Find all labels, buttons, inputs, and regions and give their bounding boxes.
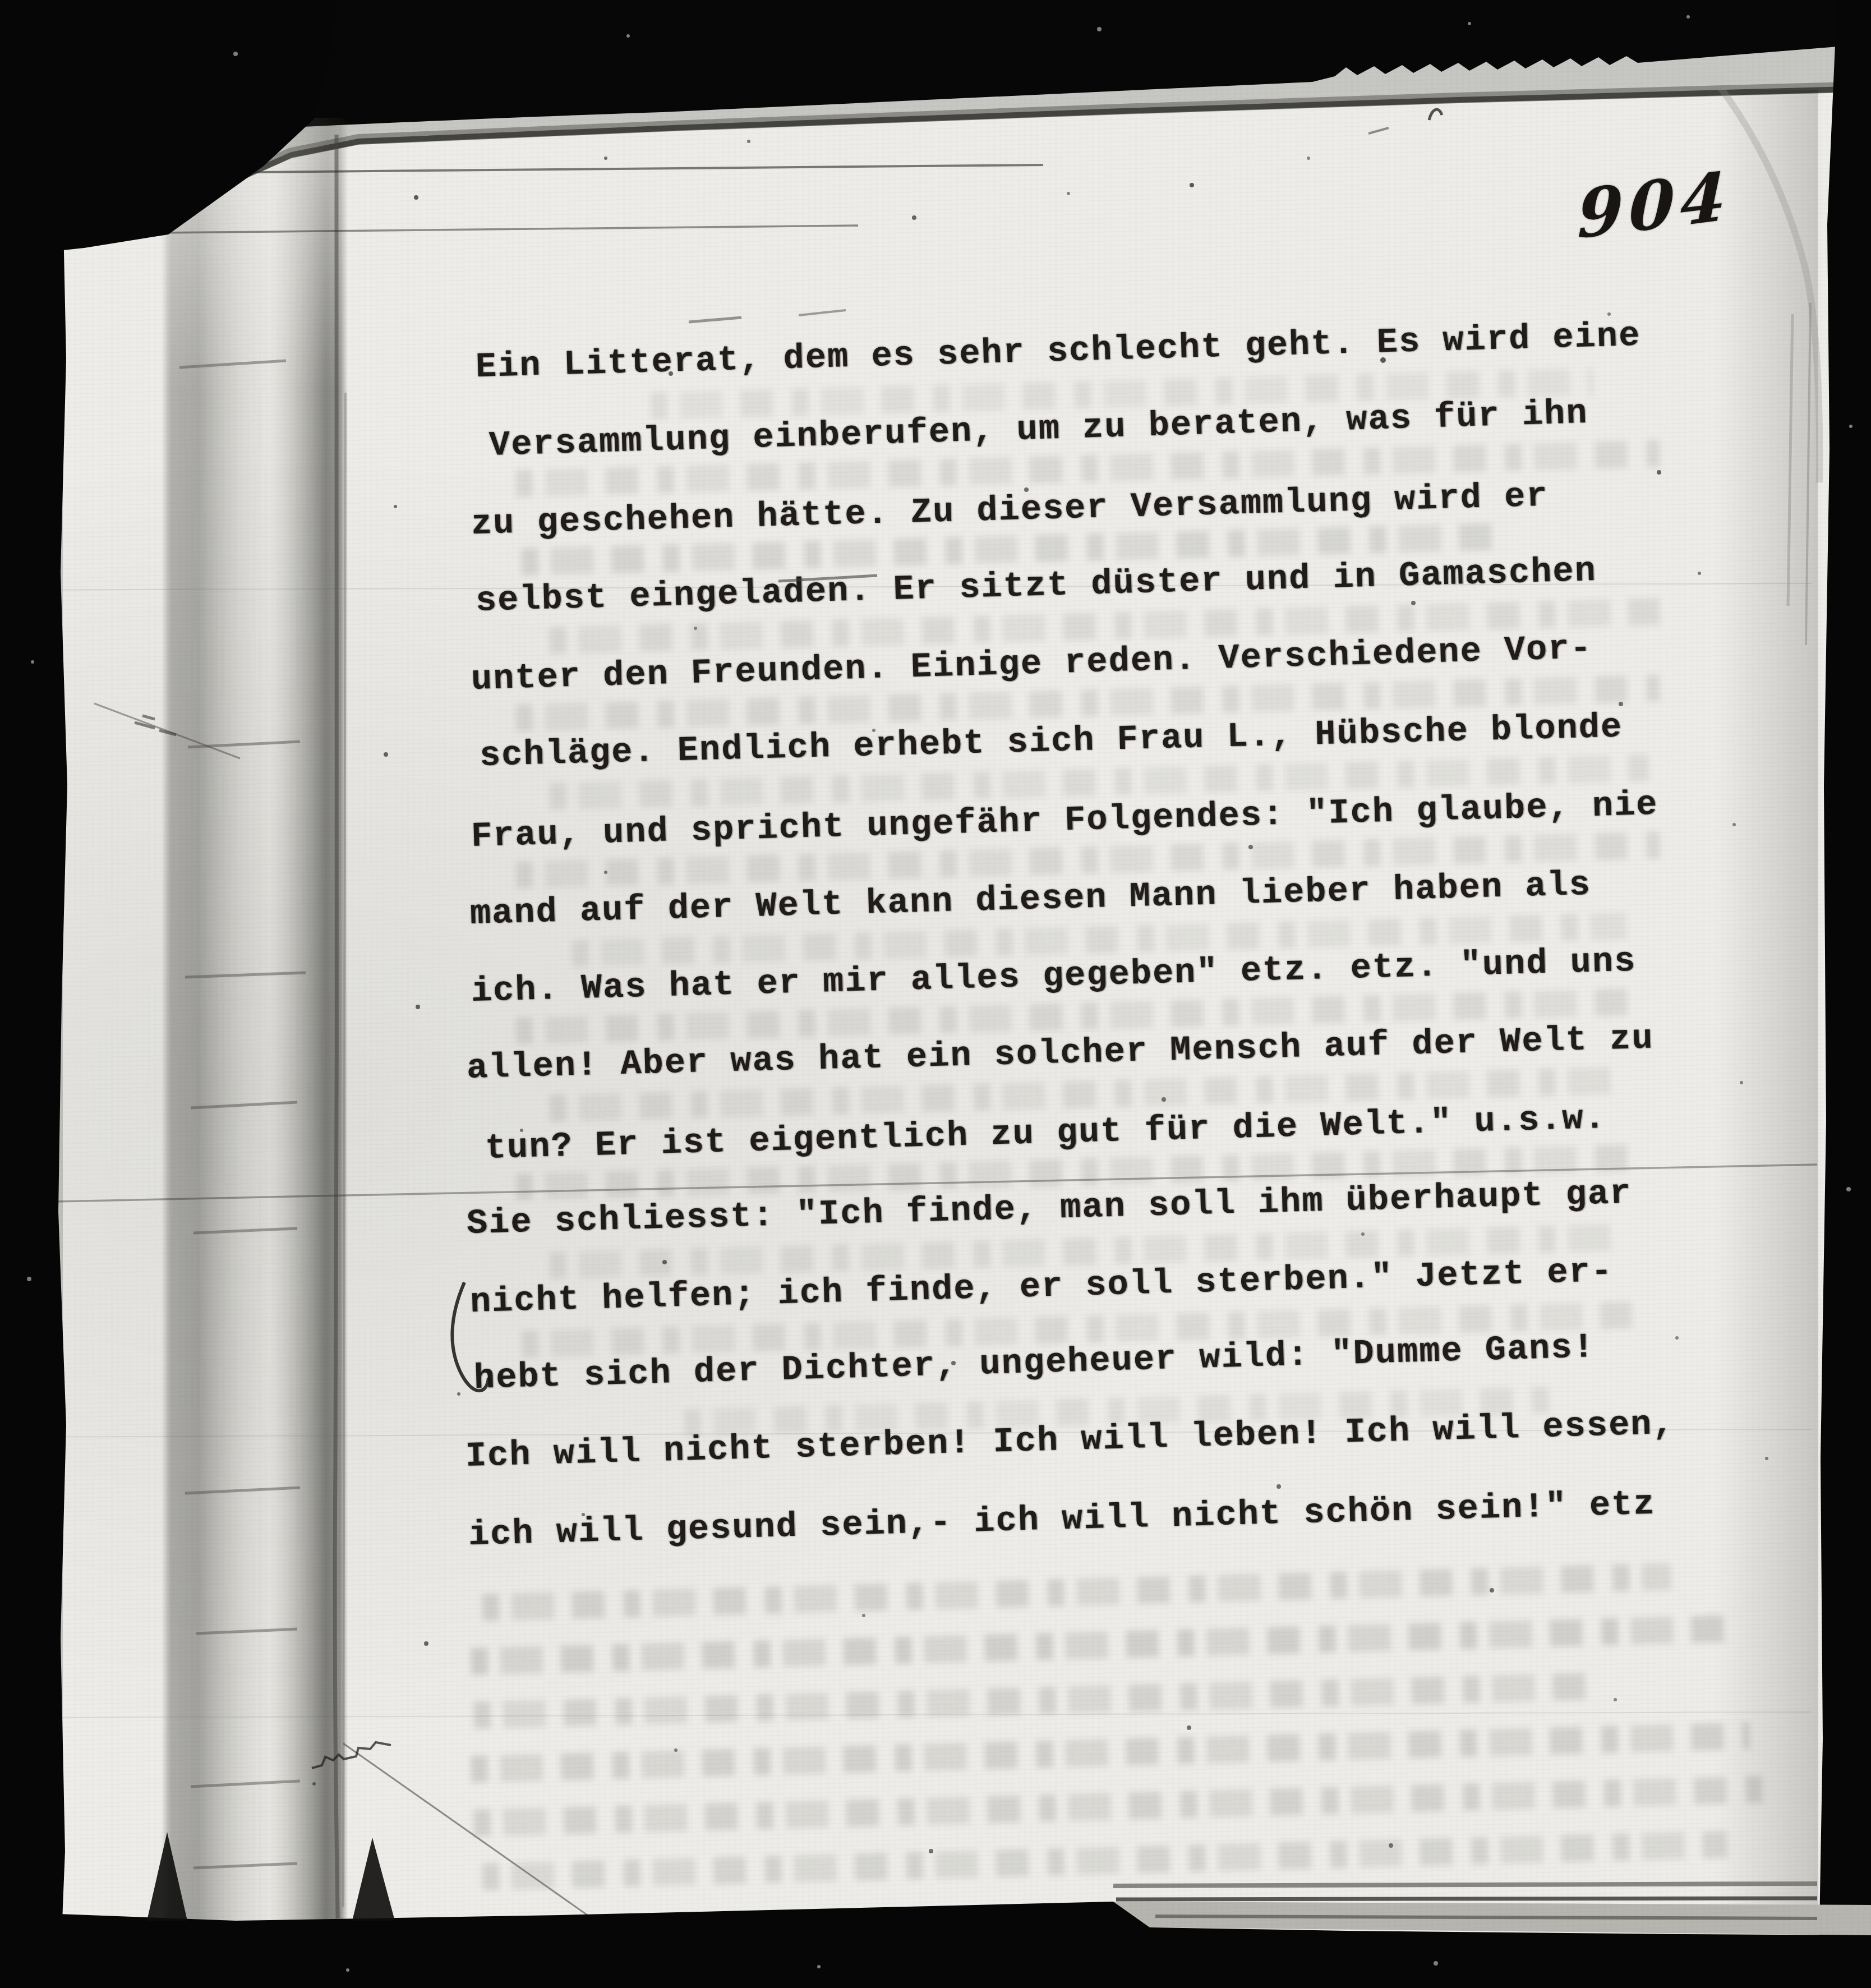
ghost-text-line [482,1563,1671,1621]
right-black-border [1818,0,1871,1988]
pen-tick-top-right [1429,109,1442,120]
crease-scribble [135,716,176,735]
scanned-document-photo: Ein Litterat, dem es sehr schlecht geht.… [0,0,1871,1988]
smudge-dash [799,310,846,315]
ghost-text-line [471,1722,1749,1783]
top-left-black-wedge [0,0,337,257]
ghost-text-line [473,1776,1763,1837]
fold-edge-line-2 [343,393,345,1907]
bottom-shadow-spike-1 [147,1832,187,1921]
corner-curl-shadow [1720,86,1819,482]
stack-edge-line-right-2 [1806,303,1810,645]
pen-scribble-bottom-left [312,1742,391,1768]
left-crease-shadow [162,118,348,1930]
ghost-text-line [482,1831,1727,1890]
ghost-text-line [471,1615,1738,1675]
left-black-border [0,0,67,1988]
handwritten-page-number: 904 [1577,156,1732,254]
crease-wrinkles [179,361,306,1868]
bottom-stack-edge-3 [1155,1916,1817,1918]
smudge-dash [689,317,741,322]
typed-line: ich will gesund sein,- ich will nicht sc… [468,1485,1656,1554]
bottom-shadow-spike-2 [352,1838,395,1921]
bottom-protruding-sheet [1113,1902,1871,1935]
bottom-black-band [0,1902,1871,1988]
bottom-stack-edge-2 [1116,1898,1817,1899]
bottom-stack-edge-1 [1113,1884,1817,1886]
pen-dash-top-right [1368,128,1389,134]
ghost-text-line [473,1673,1596,1729]
stack-edge-line-right-1 [1788,314,1792,606]
fold-edge-line [335,135,338,1918]
